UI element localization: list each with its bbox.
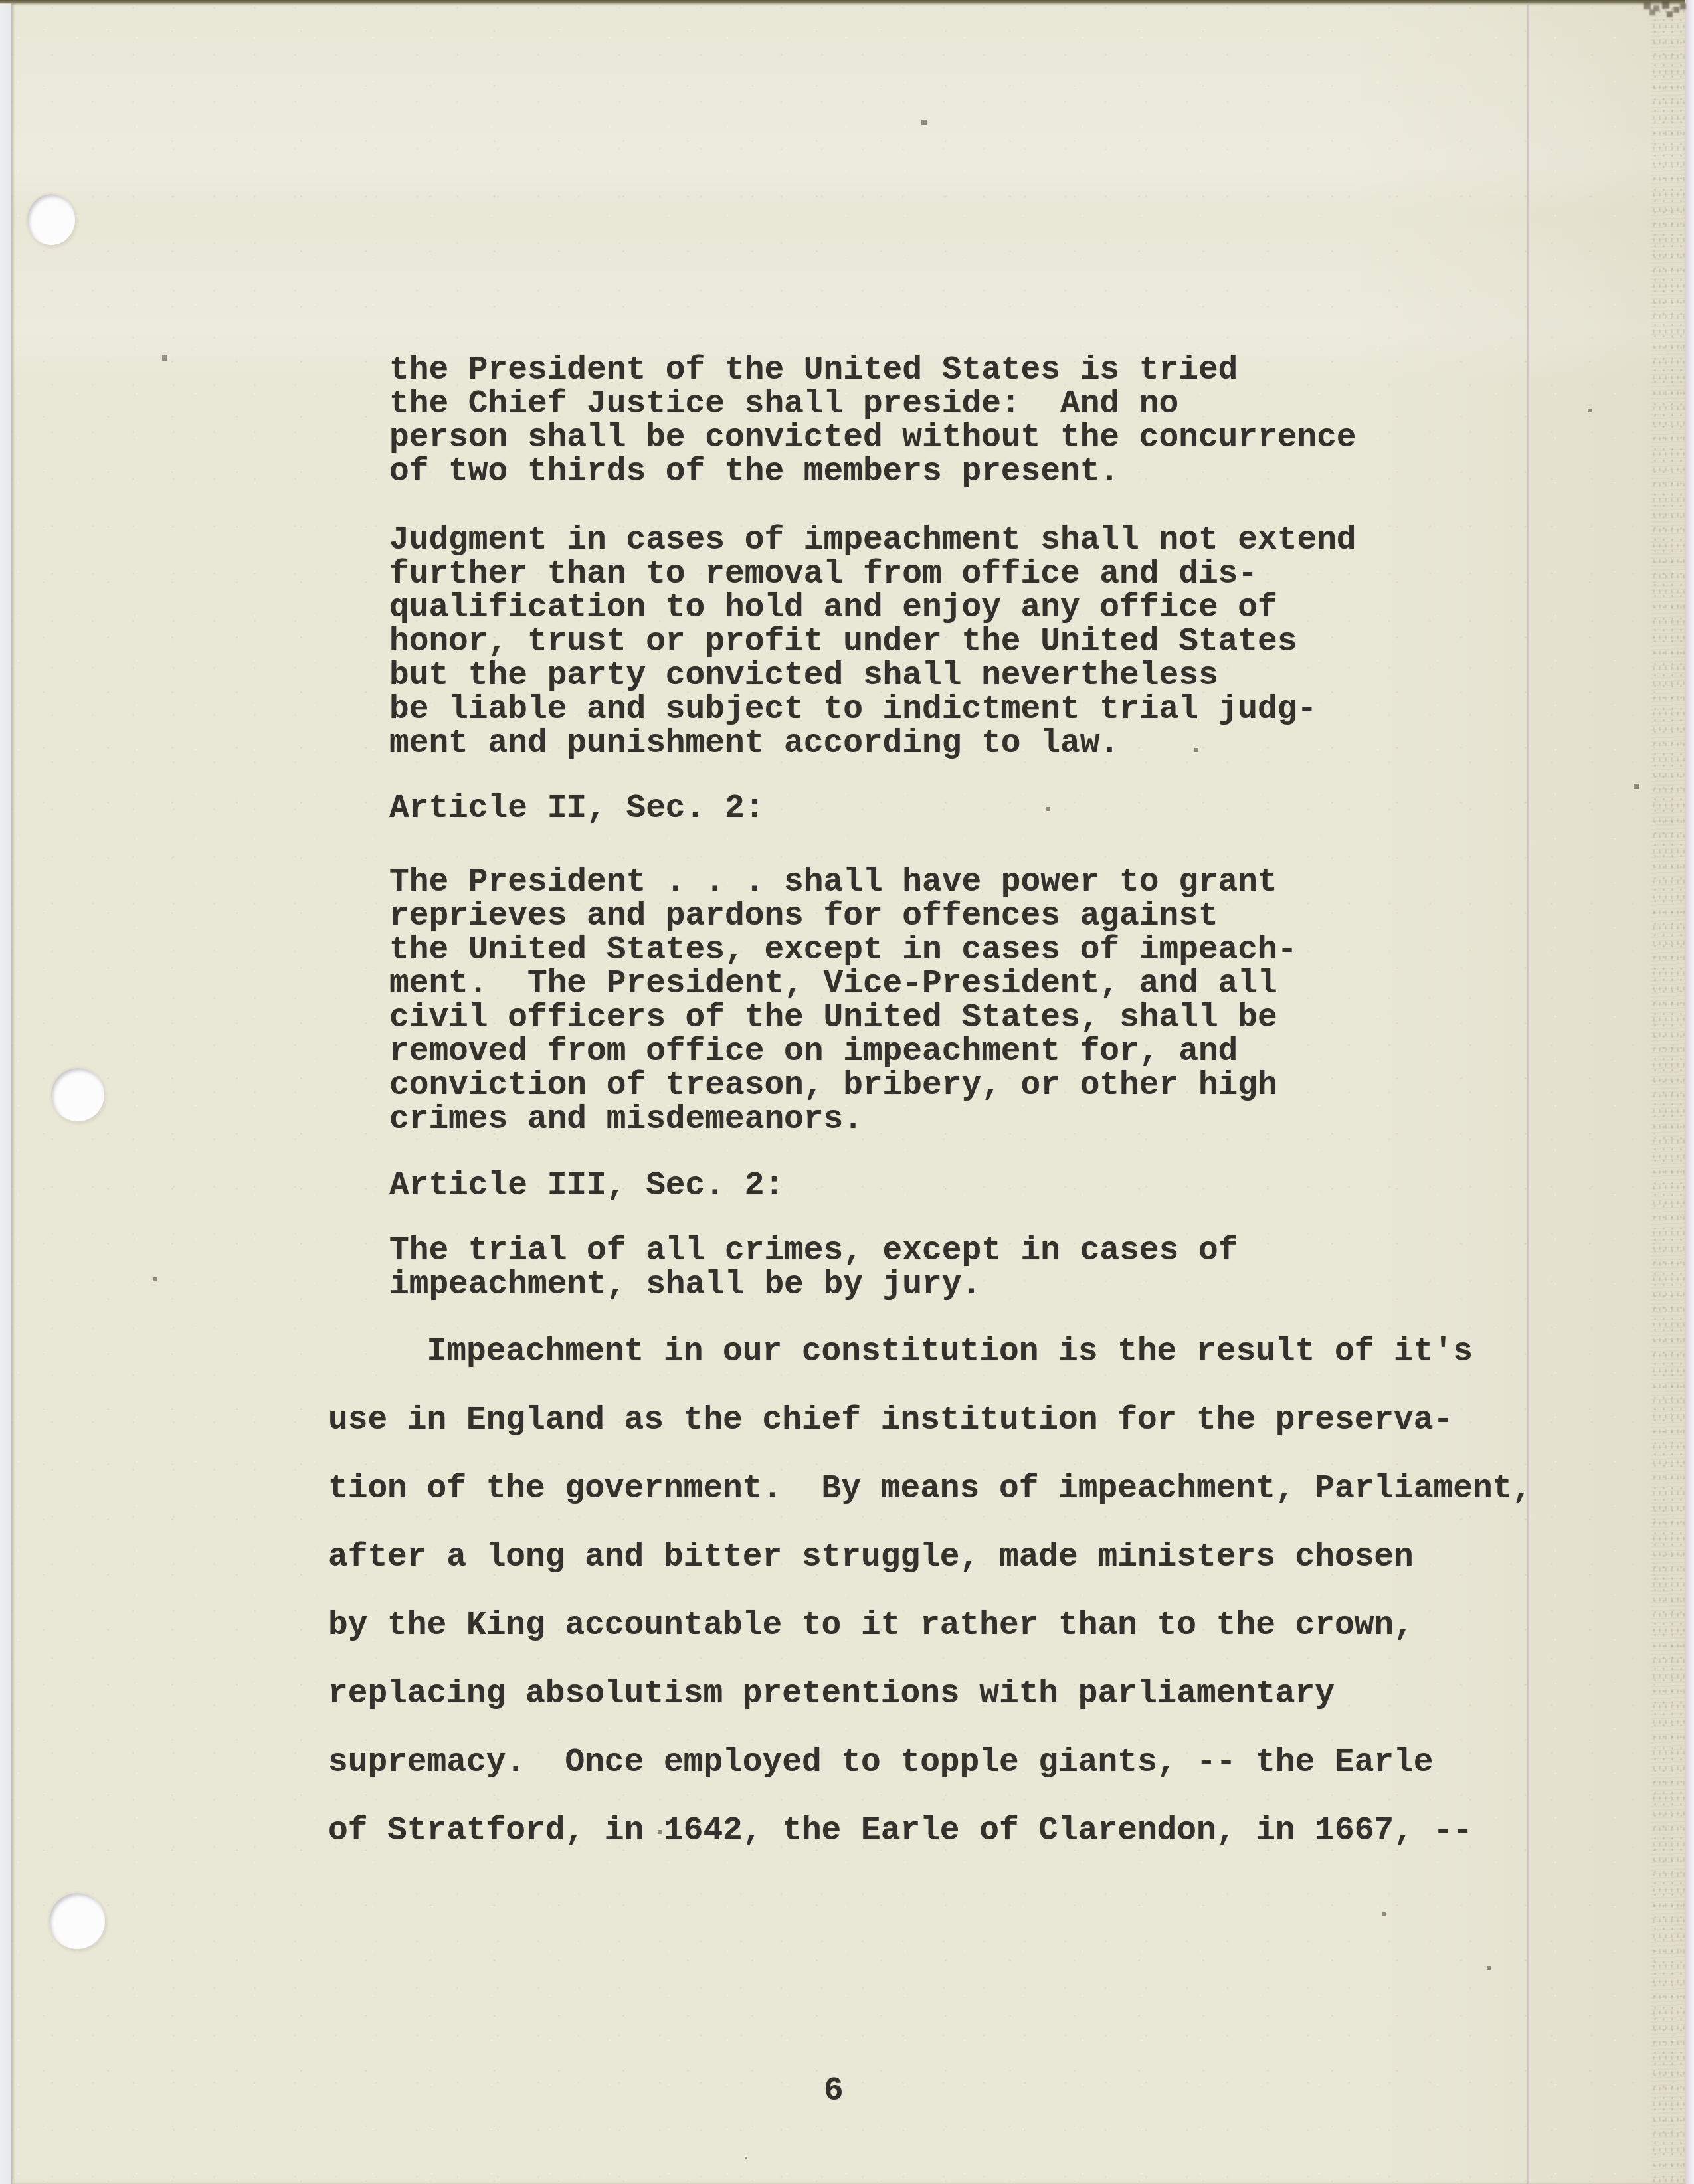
paper-right-edge: [1685, 0, 1694, 2184]
page-top-edge: [0, 0, 1694, 4]
ink-specks: [0, 0, 1, 1]
page-number: 6: [824, 2074, 844, 2108]
quote-trial-by-jury: The trial of all crimes, except in cases…: [389, 1234, 1238, 1302]
scanner-edge-left: [0, 0, 11, 2184]
right-edge-smudge: [1651, 3, 1685, 2184]
scanned-typewritten-page: the President of the United States is tr…: [0, 0, 1694, 2184]
quote-judgment-in-cases: Judgment in cases of impeachment shall n…: [389, 523, 1357, 761]
hole-punch-top: [27, 194, 75, 245]
hole-punch-middle: [51, 1068, 104, 1121]
pencil-smudge-top-right: [1641, 3, 1643, 5]
quote-president-pardon-power: The President . . . shall have power to …: [389, 865, 1297, 1137]
quote-senate-trial: the President of the United States is tr…: [389, 353, 1357, 489]
heading-article-iii: Article III, Sec. 2:: [389, 1169, 784, 1203]
heading-article-ii: Article II, Sec. 2:: [389, 792, 764, 826]
body-paragraph-impeachment-history: Impeachment in our constitution is the r…: [328, 1318, 1532, 1865]
hole-punch-bottom: [49, 1893, 105, 1949]
